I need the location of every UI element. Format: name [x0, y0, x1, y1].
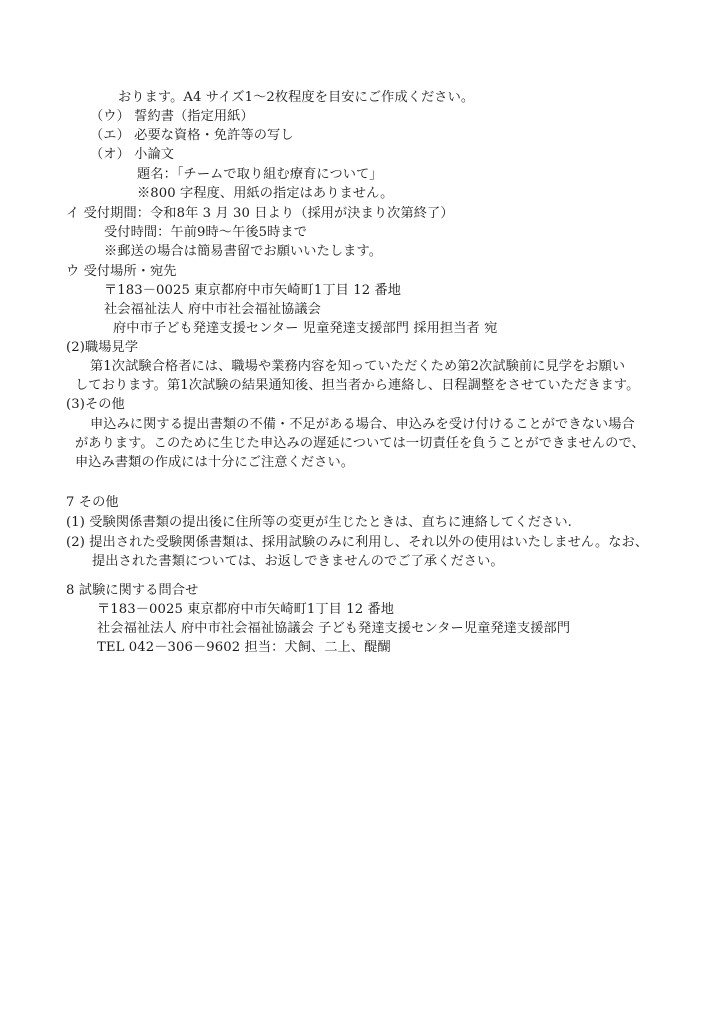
text-line: (1) 受験関係書類の提出後に住所等の変更が生じたときは、直ちに連絡してください…	[66, 513, 572, 532]
text-line: があります。このために生じた申込みの遅延については一切責任を負うことができません…	[75, 434, 645, 453]
text-line: (3)その他	[66, 395, 125, 414]
text-line: ※郵送の場合は簡易書留でお願いいたします。	[104, 242, 382, 261]
text-line: （エ） 必要な資格・免許等の写し	[90, 126, 294, 145]
text-line: 7 その他	[66, 493, 119, 512]
text-line: TEL 042－306－9602 担当：犬飼、二上、醍醐	[97, 638, 391, 657]
text-line: 8 試験に関する問合せ	[66, 581, 198, 600]
text-line: 〒183－0025 東京都府中市矢崎町1丁目 12 番地	[104, 281, 401, 300]
text-line: しております。第1次試験の結果通知後、担当者から連絡し、日程調整をさせていただき…	[75, 376, 639, 395]
text-line: （ウ） 誓約書（指定用紙）	[90, 107, 254, 126]
text-line: 提出された書類については、お返しできませんのでご了承ください。	[92, 552, 504, 571]
text-line: 受付時間：午前9時～午後5時まで	[104, 223, 307, 242]
text-line: (2) 提出された受験関係書類は、採用試験のみに利用し、それ以外の使用はいたしま…	[66, 533, 648, 552]
text-line: 〒183－0025 東京都府中市矢崎町1丁目 12 番地	[97, 600, 394, 619]
text-line: （オ） 小論文	[90, 145, 174, 164]
text-line: 社会福祉法人 府中市社会福祉協議会	[104, 300, 321, 319]
text-line: 申込みに関する提出書類の不備・不足がある場合、申込みを受け付けることができない場…	[90, 415, 635, 434]
text-line: イ 受付期間：令和8年 3 月 30 日より（採用が決まり次第終了）	[66, 204, 454, 223]
text-line: ※800 字程度、用紙の指定はありません。	[137, 184, 393, 203]
text-line: 社会福祉法人 府中市社会福祉協議会 子ども発達支援センター児童発達支援部門	[97, 619, 570, 638]
text-line: 第1次試験合格者には、職場や業務内容を知っていただくため第2次試験前に見学をお願…	[90, 357, 625, 376]
text-line: ウ 受付場所・宛先	[66, 262, 177, 281]
text-line: 申込み書類の作成には十分にご注意ください。	[75, 453, 354, 472]
text-line: 題名：「チームで取り組む療育について」	[137, 165, 383, 184]
text-line: (2)職場見学	[66, 338, 138, 357]
text-line: 府中市子ども発達支援センター 児童発達支援部門 採用担当者 宛	[113, 319, 497, 338]
text-line: おります。A4 サイズ1～2枚程度を目安にご作成ください。	[118, 88, 474, 107]
